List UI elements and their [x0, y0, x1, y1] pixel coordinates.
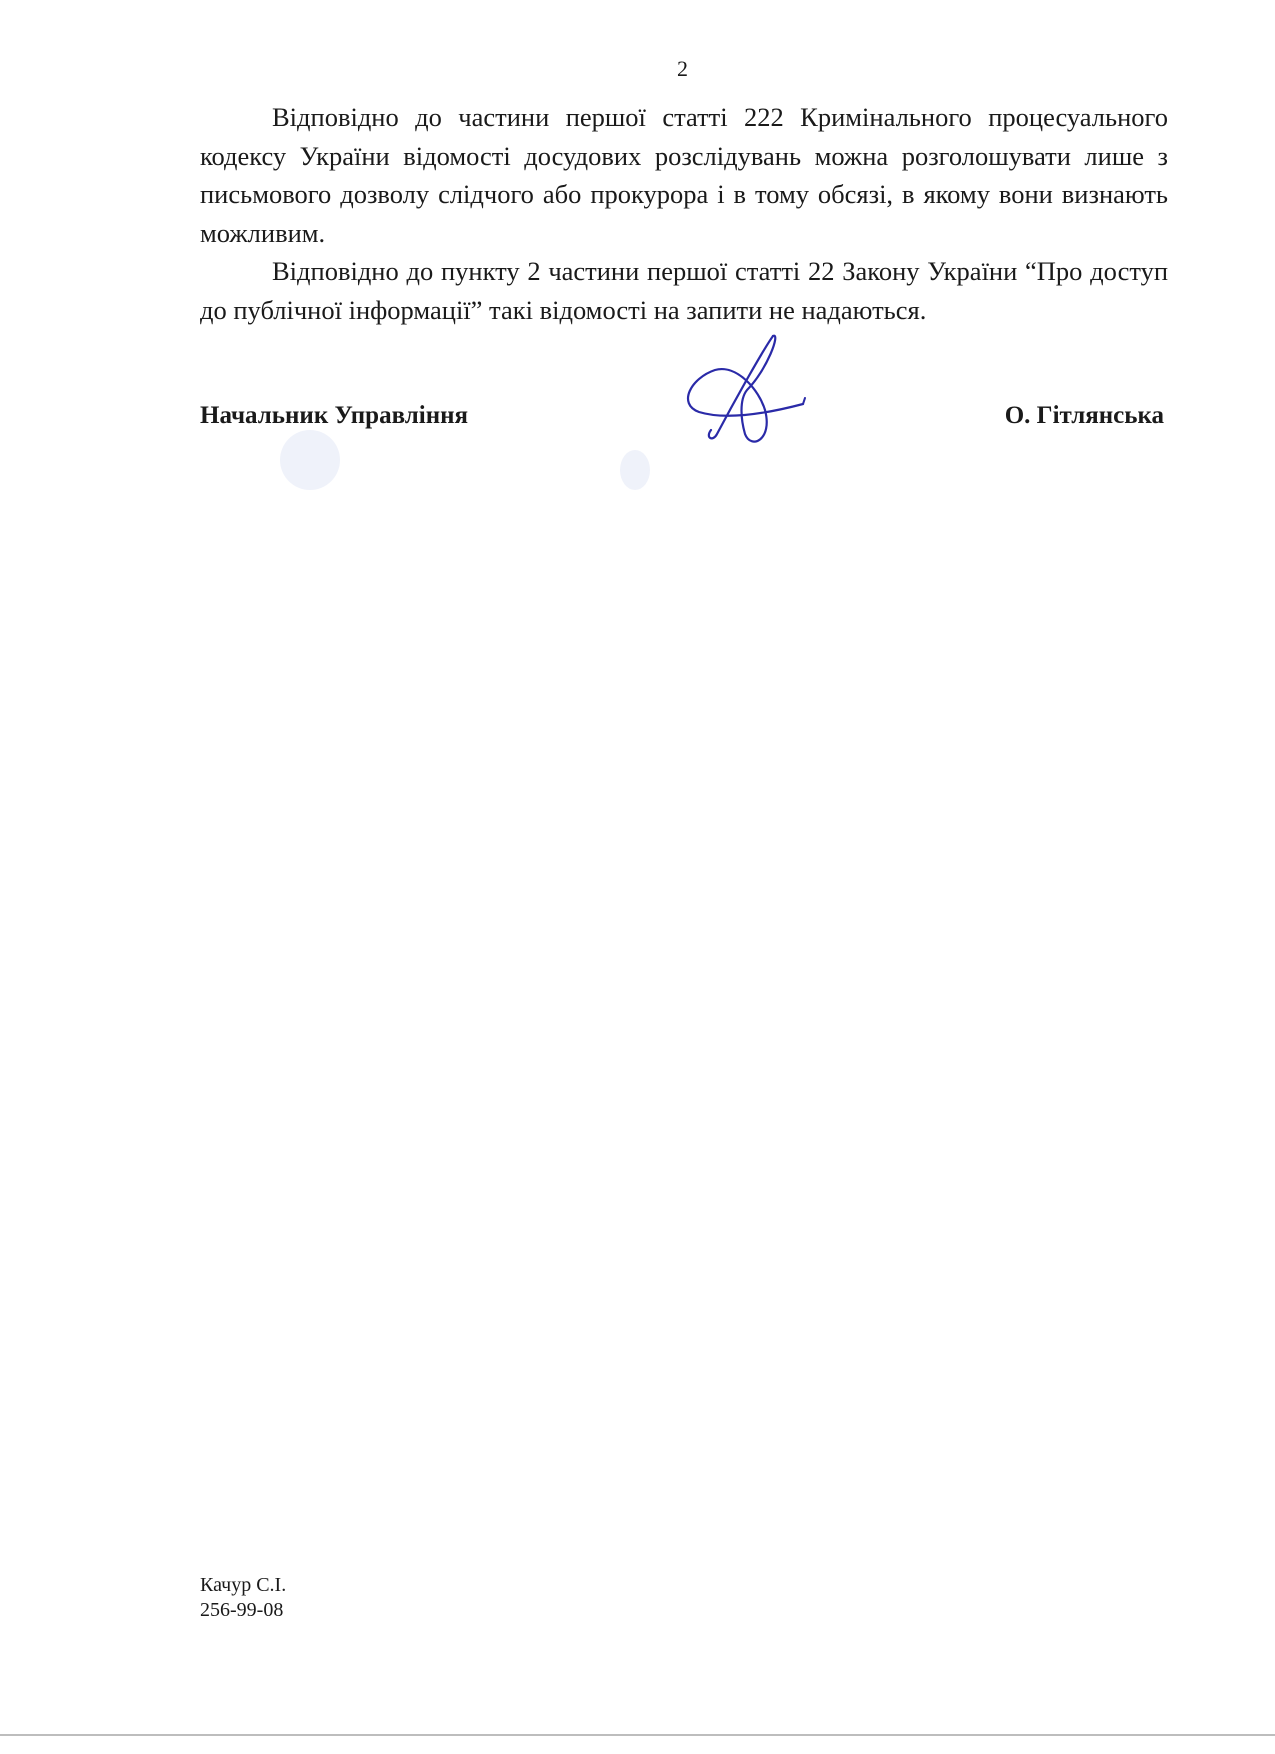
scan-smudge	[280, 430, 340, 490]
paragraph-1: Відповідно до частини першої статті 222 …	[200, 98, 1168, 252]
signatory-name: О. Гітлянська	[1005, 402, 1164, 430]
scan-smudge	[620, 450, 650, 490]
scan-edge-line	[0, 1734, 1275, 1736]
executor-info: Качур С.І. 256-99-08	[200, 1573, 286, 1623]
executor-phone: 256-99-08	[200, 1598, 286, 1623]
document-body: Відповідно до частини першої статті 222 …	[200, 98, 1168, 329]
handwritten-signature-icon	[655, 330, 815, 450]
executor-name: Качур С.І.	[200, 1573, 286, 1598]
paragraph-2: Відповідно до пункту 2 частини першої ст…	[200, 252, 1168, 329]
position-title: Начальник Управління	[200, 402, 468, 430]
page-number: 2	[0, 56, 1275, 82]
